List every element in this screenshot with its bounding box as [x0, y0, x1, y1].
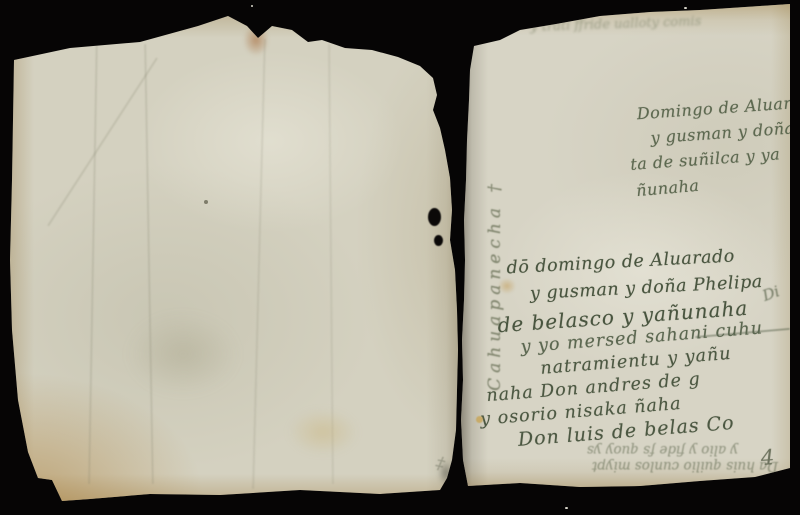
inverted-script-lines: Da huis quilio cunlos miypt y alio y fid… — [488, 442, 778, 474]
dark-speck — [204, 200, 208, 204]
folio-number-mark: 4 — [760, 445, 775, 470]
paper-chainline — [144, 44, 154, 484]
script-block-upper: Domingo de Aluarado y gusman y doña ma t… — [626, 88, 800, 202]
stain — [243, 24, 269, 56]
stain — [288, 409, 358, 455]
inverted-script-line: Da huis quilio cunlos miypt — [488, 458, 778, 474]
dust-speck — [251, 5, 253, 7]
left-page: ‡ — [8, 14, 460, 504]
dust-speck — [684, 7, 687, 9]
script-block-lower: y yo mersed sahani cuhu natramientu y ya… — [474, 317, 771, 454]
inverted-script-line: y alio y fide fs quoy ys — [488, 442, 738, 458]
stain — [476, 416, 483, 423]
right-page: y trati ffride ualloty comis Cahuapanech… — [460, 2, 791, 488]
ink-hole — [434, 235, 443, 246]
stain — [128, 314, 238, 394]
dust-speck — [565, 507, 568, 509]
paper-chainline — [252, 39, 266, 489]
paper-chainline — [88, 34, 98, 484]
ink-hole — [428, 208, 441, 226]
stain — [498, 278, 516, 294]
paper-crease — [47, 57, 158, 226]
faint-script-line: y trati ffride ualloty comis — [530, 11, 790, 35]
manuscript-photo: ‡ y trati ffride ualloty comis Cahuapane… — [0, 0, 800, 515]
